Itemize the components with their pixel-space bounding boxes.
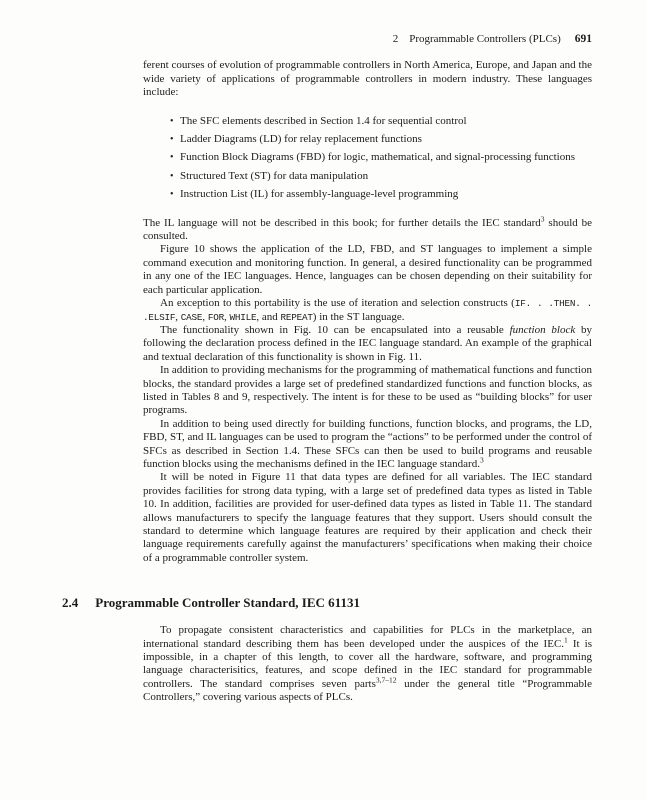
footnote-ref: 3 xyxy=(480,455,484,464)
code-keyword: FOR xyxy=(208,312,224,323)
bullet-icon: • xyxy=(170,151,180,164)
paragraph-text: In addition to being used directly for b… xyxy=(143,418,592,470)
body-column: To propagate consistent characteristics … xyxy=(143,624,592,704)
paragraph-text: To propagate consistent characteristics … xyxy=(143,624,592,649)
section-number: 2.4 xyxy=(62,595,78,610)
paragraph-exception: An exception to this portability is the … xyxy=(143,297,592,324)
bullet-list: • The SFC elements described in Section … xyxy=(143,115,592,202)
running-header: 2 Programmable Controllers (PLCs) 691 xyxy=(62,33,592,46)
header-page-number: 691 xyxy=(575,33,592,46)
book-page: 2 Programmable Controllers (PLCs) 691 fe… xyxy=(0,0,647,800)
paragraph-datatypes: It will be noted in Figure 11 that data … xyxy=(143,471,592,565)
header-chapter-number: 2 xyxy=(393,33,399,46)
paragraph-intro: ferent courses of evolution of programma… xyxy=(143,59,592,99)
bullet-text: The SFC elements described in Section 1.… xyxy=(180,115,592,128)
bullet-icon: • xyxy=(170,115,180,128)
paragraph-actions: In addition to being used directly for b… xyxy=(143,418,592,472)
code-keyword: WHILE xyxy=(229,312,256,323)
bullet-item: • Ladder Diagrams (LD) for relay replace… xyxy=(143,133,592,146)
bullet-text: Function Block Diagrams (FBD) for logic,… xyxy=(180,151,592,164)
bullet-text: Structured Text (ST) for data manipulati… xyxy=(180,170,592,183)
bullet-item: • Instruction List (IL) for assembly-lan… xyxy=(143,188,592,201)
bullet-text: Instruction List (IL) for assembly-langu… xyxy=(180,188,592,201)
paragraph-il-language: The IL language will not be described in… xyxy=(143,217,592,244)
section-heading: 2.4Programmable Controller Standard, IEC… xyxy=(62,595,592,611)
paragraph-text: The IL language will not be described in… xyxy=(143,217,541,229)
header-chapter-title: Programmable Controllers (PLCs) xyxy=(409,33,561,46)
paragraph-text: An exception to this portability is the … xyxy=(160,297,515,309)
bullet-icon: • xyxy=(170,170,180,183)
code-keyword: REPEAT xyxy=(281,312,313,323)
footnote-ref: 3,7–12 xyxy=(376,675,397,684)
paragraph-function-block: The functionality shown in Fig. 10 can b… xyxy=(143,324,592,364)
body-column: ferent courses of evolution of programma… xyxy=(143,59,592,565)
paragraph-figure10: Figure 10 shows the application of the L… xyxy=(143,243,592,297)
bullet-text: Ladder Diagrams (LD) for relay replaceme… xyxy=(180,133,592,146)
paragraph-text: , and xyxy=(256,311,280,323)
paragraph-iec61131: To propagate consistent characteristics … xyxy=(143,624,592,704)
bullet-icon: • xyxy=(170,188,180,201)
paragraph-text: ) in the ST language. xyxy=(313,311,405,323)
bullet-item: • Structured Text (ST) for data manipula… xyxy=(143,170,592,183)
italic-term: function block xyxy=(510,324,576,336)
section-title: Programmable Controller Standard, IEC 61… xyxy=(95,595,360,610)
bullet-item: • The SFC elements described in Section … xyxy=(143,115,592,128)
code-keyword: CASE xyxy=(181,312,203,323)
bullet-icon: • xyxy=(170,133,180,146)
bullet-item: • Function Block Diagrams (FBD) for logi… xyxy=(143,151,592,164)
paragraph-predefined: In addition to providing mechanisms for … xyxy=(143,364,592,418)
paragraph-text: The functionality shown in Fig. 10 can b… xyxy=(160,324,510,336)
